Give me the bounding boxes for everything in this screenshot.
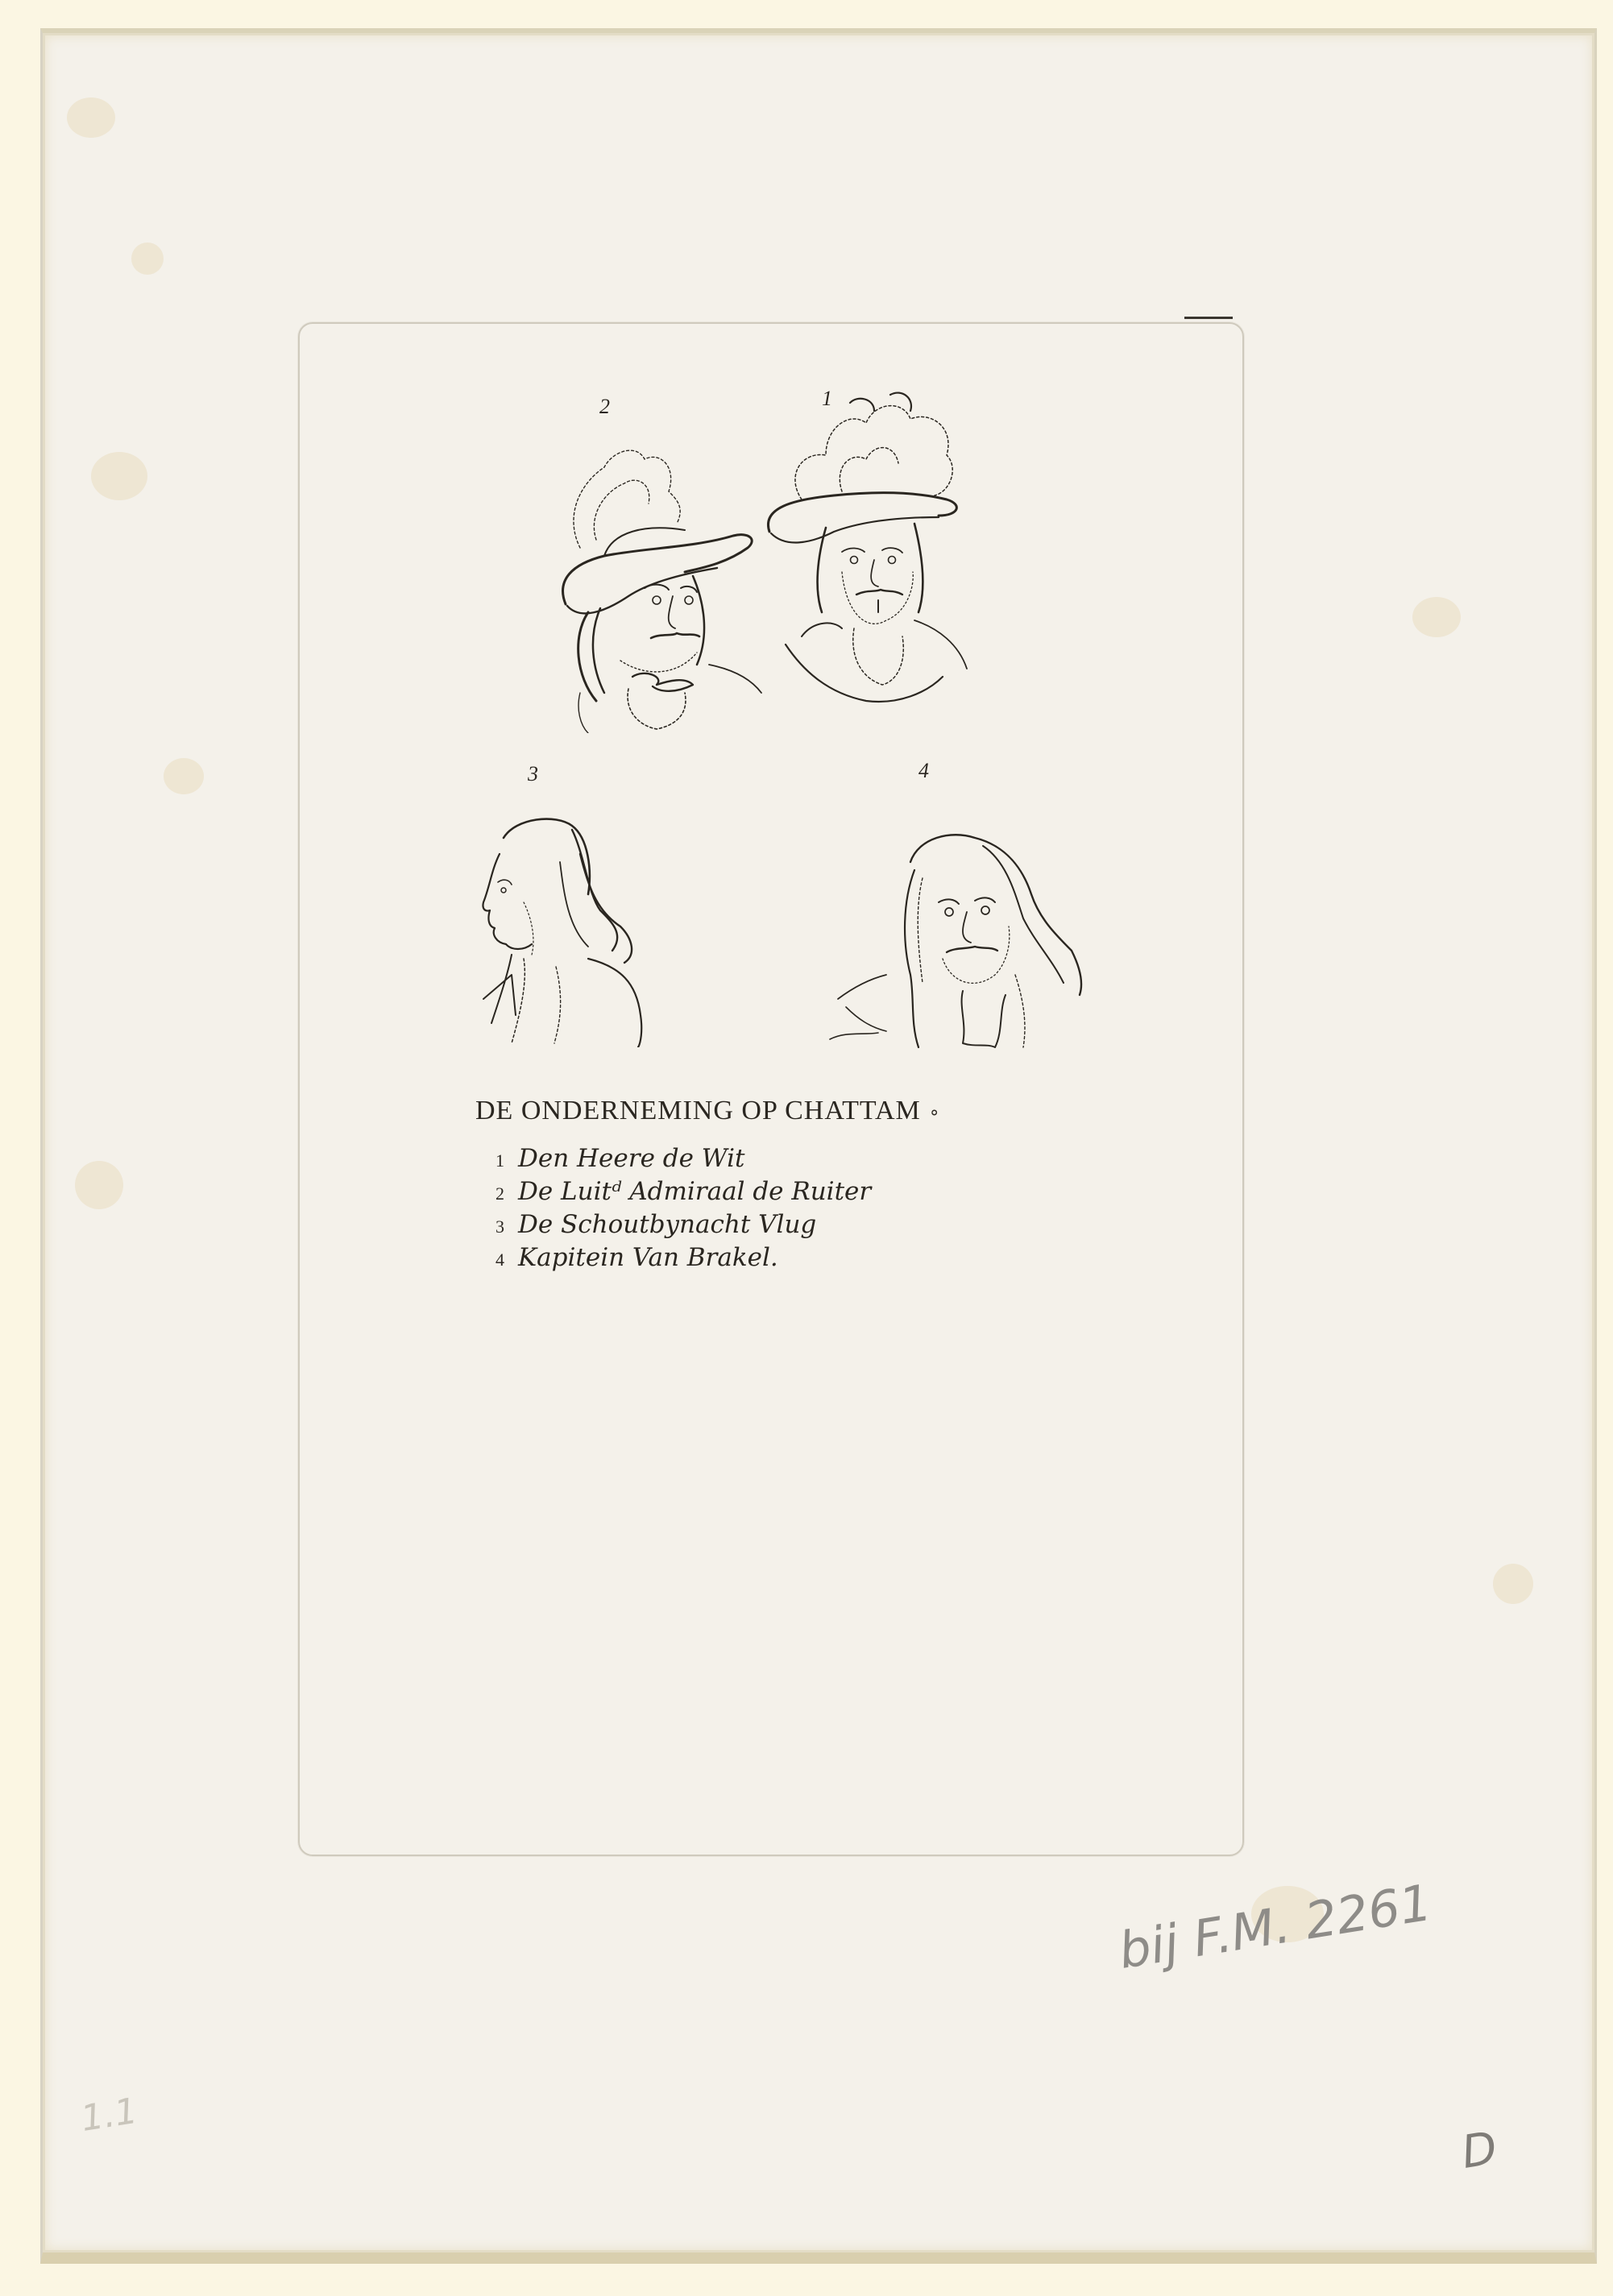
foxing-stain — [67, 97, 115, 138]
foxing-stain — [75, 1161, 123, 1209]
legend-item: 2 De Luitᵈ Admiraal de Ruiter — [496, 1177, 871, 1210]
legend-number: 4 — [496, 1250, 518, 1270]
print-title-text: DE ONDERNEMING OP CHATTAM — [475, 1096, 921, 1125]
legend-text: De Luitᵈ Admiraal de Ruiter — [518, 1177, 871, 1206]
legend-number: 3 — [496, 1216, 518, 1237]
portrait-van-brakel — [822, 814, 1096, 1055]
portrait-de-ruiter — [556, 435, 773, 733]
plate-mark-tick — [1184, 317, 1233, 319]
pencil-corner-mark-left: 1.1 — [78, 2091, 140, 2140]
portrait-de-wit — [753, 379, 975, 709]
legend-text: Kapitein Van Brakel. — [518, 1243, 778, 1272]
foxing-stain — [164, 758, 204, 794]
foxing-stain — [131, 242, 164, 275]
legend-number: 1 — [496, 1150, 518, 1171]
legend-item: 4 Kapitein Van Brakel. — [496, 1243, 871, 1276]
portrait-number-2: 2 — [599, 395, 610, 419]
portrait-vlug — [467, 806, 677, 1047]
portrait-number-4: 4 — [918, 759, 929, 783]
print-title: DE ONDERNEMING OP CHATTAM∘ — [475, 1096, 941, 1126]
legend-item: 3 De Schoutbynacht Vlug — [496, 1210, 871, 1243]
legend-text: De Schoutbynacht Vlug — [518, 1210, 816, 1239]
portrait-number-3: 3 — [528, 762, 538, 786]
legend-number: 2 — [496, 1183, 518, 1204]
portrait-legend: 1 Den Heere de Wit 2 De Luitᵈ Admiraal d… — [496, 1144, 871, 1276]
foxing-stain — [1412, 597, 1461, 637]
legend-item: 1 Den Heere de Wit — [496, 1144, 871, 1177]
title-terminal-mark: ∘ — [929, 1102, 941, 1122]
foxing-stain — [91, 452, 147, 500]
legend-text: Den Heere de Wit — [518, 1144, 745, 1173]
foxing-stain — [1493, 1564, 1533, 1604]
